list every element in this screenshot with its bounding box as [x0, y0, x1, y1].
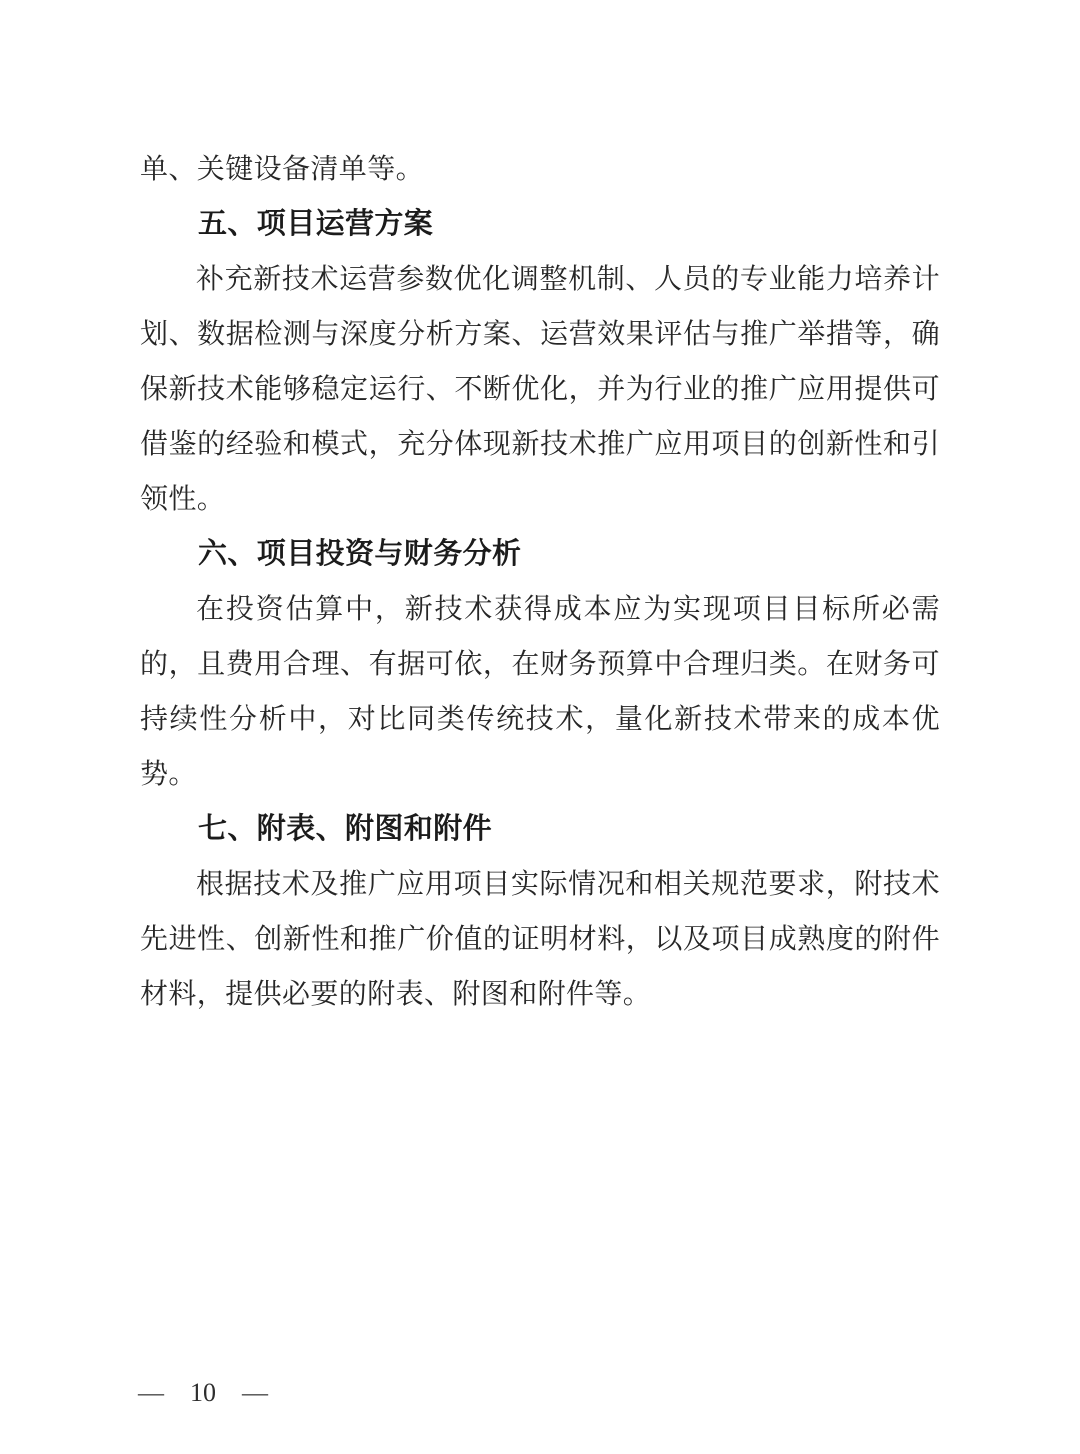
document-page: 单、关键设备清单等。 五、项目运营方案 补充新技术运营参数优化调整机制、人员的专… [0, 0, 1080, 1454]
page-number: 10 [190, 1378, 216, 1408]
footer-dash-right: — [242, 1378, 268, 1408]
paragraph-section-5: 补充新技术运营参数优化调整机制、人员的专业能力培养计划、数据检测与深度分析方案、… [140, 252, 940, 527]
paragraph-section-7: 根据技术及推广应用项目实际情况和相关规范要求，附技术先进性、创新性和推广价值的证… [140, 857, 940, 1022]
page-footer: — 10 — [138, 1378, 268, 1408]
paragraph-continuation: 单、关键设备清单等。 [140, 142, 940, 197]
section-heading-6: 六、项目投资与财务分析 [140, 527, 940, 582]
section-heading-7: 七、附表、附图和附件 [140, 802, 940, 857]
footer-dash-left: — [138, 1378, 164, 1408]
paragraph-section-6: 在投资估算中，新技术获得成本应为实现项目目标所必需的，且费用合理、有据可依，在财… [140, 582, 940, 802]
section-heading-5: 五、项目运营方案 [140, 197, 940, 252]
document-content: 单、关键设备清单等。 五、项目运营方案 补充新技术运营参数优化调整机制、人员的专… [140, 142, 940, 1022]
